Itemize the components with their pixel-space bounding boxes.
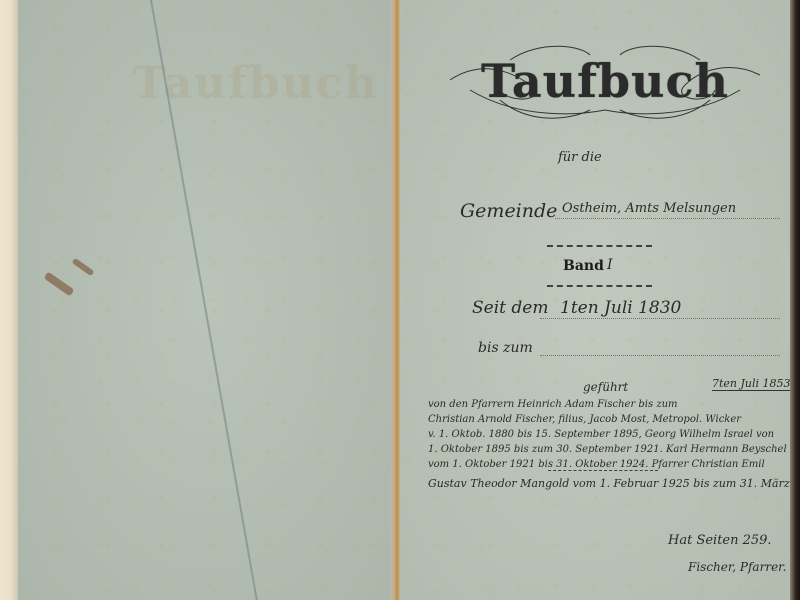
- divider-bottom: [547, 285, 652, 287]
- volume-label: Band: [563, 258, 604, 274]
- community-field-line: [555, 218, 780, 219]
- from-field-line: [540, 318, 780, 319]
- pages-note: Hat Seiten 259.: [668, 533, 772, 548]
- from-value: 1ten Juli 1830: [560, 298, 681, 318]
- book-edge-left: [0, 0, 18, 600]
- end-date-note: 7ten Juli 1853: [712, 377, 791, 391]
- community-value: Ostheim, Amts Melsungen: [562, 201, 736, 216]
- book-edge-right: [790, 0, 800, 600]
- divider-top: [547, 245, 652, 247]
- document-scan: Taufbuch Taufbuch für die Gemeinde Osthe…: [0, 0, 800, 600]
- kept-by-line-4: 1. Oktober 1895 bis zum 30. September 19…: [428, 442, 787, 457]
- signature: Fischer, Pfarrer.: [688, 560, 786, 574]
- to-field-line: [540, 355, 780, 356]
- volume-value: I: [607, 257, 613, 273]
- register-title: Taufbuch: [440, 54, 770, 108]
- kept-by-line-2: Christian Arnold Fischer, filius, Jacob …: [428, 412, 741, 427]
- kept-label: geführt: [583, 380, 628, 394]
- to-label: bis zum: [478, 340, 533, 356]
- title-block: Taufbuch: [440, 30, 770, 130]
- community-label: Gemeinde: [460, 200, 557, 222]
- kept-by-line-3: v. 1. Oktob. 1880 bis 15. September 1895…: [428, 427, 774, 442]
- kept-by-line-6: Gustav Theodor Mangold vom 1. Februar 19…: [428, 476, 800, 491]
- from-label: Seit dem: [472, 298, 548, 318]
- kept-by-line-1: von den Pfarrern Heinrich Adam Fischer b…: [428, 397, 678, 412]
- entry-divider: [548, 470, 658, 471]
- subtitle: für die: [558, 150, 602, 165]
- left-page: Taufbuch: [18, 0, 393, 600]
